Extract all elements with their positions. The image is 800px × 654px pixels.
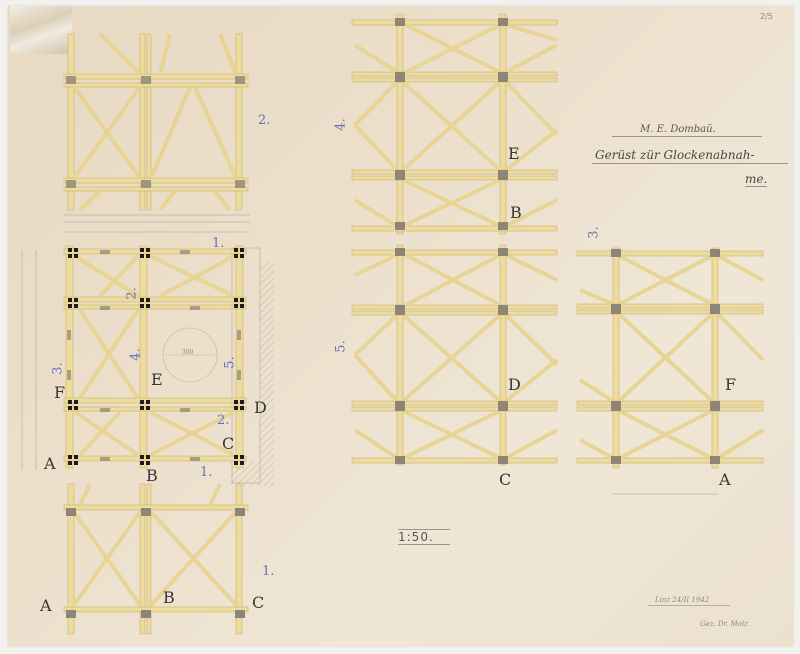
title-rule: [592, 163, 788, 164]
view1-letter-a: A: [40, 598, 52, 614]
scale-rule: [398, 544, 450, 545]
view3-letter-a: A: [719, 472, 731, 488]
plan-letter-d: D: [254, 400, 267, 416]
plan-number-1-top: 1.: [212, 237, 224, 250]
view4-letter-e: E: [508, 146, 520, 162]
view-4: [352, 14, 557, 234]
view-5: [352, 245, 557, 465]
plan-number-2-left: 2.: [126, 287, 139, 299]
view-number-2: 2.: [258, 114, 270, 127]
plan-letter-b: B: [146, 468, 158, 484]
view-2: [64, 34, 248, 210]
plan-number-2-right: 2.: [217, 414, 229, 427]
signature: Gez. Dr. Molz: [700, 620, 748, 628]
plan-letter-a: A: [44, 456, 56, 472]
title-line-2: me.: [745, 172, 767, 186]
plan-letter-f: F: [54, 385, 65, 401]
view-number-5: 5.: [335, 340, 348, 352]
view4-letter-b: B: [510, 205, 522, 221]
plan-number-1-bottom: 1.: [200, 466, 212, 479]
view-3: [577, 248, 763, 494]
view-number-4: 4.: [335, 118, 348, 130]
circle-dimension: 300: [182, 349, 193, 356]
view1-letter-b: B: [163, 590, 175, 606]
view-1: [64, 484, 248, 634]
view-number-1: 1.: [262, 565, 274, 578]
author-text: M. E. Dombaŭ.: [640, 124, 716, 135]
plan-letter-c: C: [222, 436, 234, 452]
plan-number-3: 3.: [52, 362, 65, 374]
view-2-braces: [74, 34, 236, 210]
date-note: Linz 24/II 1942: [655, 596, 709, 604]
view3-letter-f: F: [725, 377, 736, 393]
view5-letter-d: D: [508, 377, 521, 393]
scaffold-drawing: [0, 0, 800, 654]
view1-letter-c: C: [252, 595, 264, 611]
title-rule: [612, 136, 762, 137]
plan-number-4: 4.: [130, 348, 143, 360]
plan-number-5: 5.: [224, 356, 237, 368]
title-line-1: Gerüst zür Glockenabnah-: [595, 148, 755, 162]
scale-label: 1:50.: [398, 530, 434, 544]
title-rule: [745, 186, 767, 187]
sheet-number: 2/5: [760, 12, 773, 21]
plan-letter-e: E: [151, 372, 163, 388]
view5-letter-c: C: [499, 472, 511, 488]
date-rule: [648, 605, 730, 606]
view-number-3: 3.: [588, 226, 601, 238]
